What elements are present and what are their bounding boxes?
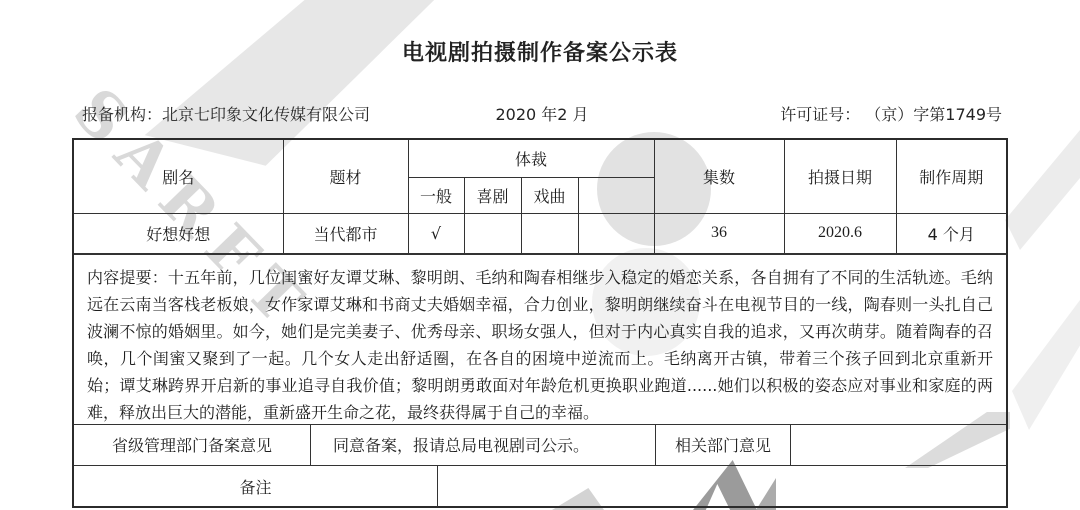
cell-genre-opera (521, 213, 578, 253)
cell-genre-extra (578, 213, 654, 253)
header-genre-group: 体裁 (408, 140, 654, 177)
cell-genre-general-check: √ (408, 213, 464, 253)
table-row: 好想好想 当代都市 √ 36 2020.6 4 个月 (74, 213, 1006, 253)
opinions-row: 省级管理部门备案意见 同意备案，报请总局电视剧司公示。 相关部门意见 (74, 424, 1006, 465)
filing-form: 剧名 题材 体裁 集数 拍摄日期 制作周期 一般 喜剧 戏曲 好想好想 当代都市… (72, 138, 1008, 508)
remarks-value (438, 466, 1006, 507)
remarks-label: 备注 (74, 466, 438, 507)
cell-genre-comedy (464, 213, 521, 253)
header-episodes: 集数 (654, 140, 784, 213)
cell-production-cycle: 4 个月 (896, 213, 1006, 253)
watermark-band-right-top (1005, 130, 1080, 250)
header-drama-name: 剧名 (74, 140, 283, 213)
related-opinion-value (791, 425, 1006, 465)
remarks-row: 备注 (74, 465, 1006, 507)
provincial-opinion-value: 同意备案，报请总局电视剧司公示。 (311, 425, 656, 465)
cell-episodes: 36 (654, 213, 784, 253)
header-genre-general: 一般 (408, 177, 464, 213)
cell-subject: 当代都市 (283, 213, 408, 253)
header-production-cycle: 制作周期 (896, 140, 1006, 213)
watermark-band-right-mid (1012, 300, 1080, 430)
related-opinion-label: 相关部门意见 (656, 425, 791, 465)
provincial-opinion-label: 省级管理部门备案意见 (74, 425, 311, 465)
header-shoot-date: 拍摄日期 (784, 140, 896, 213)
filing-table: 剧名 题材 体裁 集数 拍摄日期 制作周期 一般 喜剧 戏曲 好想好想 当代都市… (74, 140, 1006, 254)
header-genre-comedy: 喜剧 (464, 177, 521, 213)
meta-row: 报备机构：北京七印象文化传媒有限公司 2020 年2 月 许可证号： （京）字第… (82, 102, 1002, 124)
page-title: 电视剧拍摄制作备案公示表 (0, 36, 1080, 67)
cell-drama-name: 好想好想 (74, 213, 283, 253)
filing-notice-page: SARFT 电视剧拍摄制作备案公示表 报备机构：北京七印象文化传媒有限公司 20… (0, 0, 1080, 510)
license-number: 许可证号： （京）字第1749号 (780, 102, 1002, 125)
header-subject: 题材 (283, 140, 408, 213)
header-genre-extra (578, 177, 654, 213)
synopsis-cell: 内容提要：十五年前，几位闺蜜好友谭艾琳、黎明朗、毛纳和陶春相继步入稳定的婚恋关系… (74, 254, 1006, 424)
cell-shoot-date: 2020.6 (784, 213, 896, 253)
header-genre-opera: 戏曲 (521, 177, 578, 213)
